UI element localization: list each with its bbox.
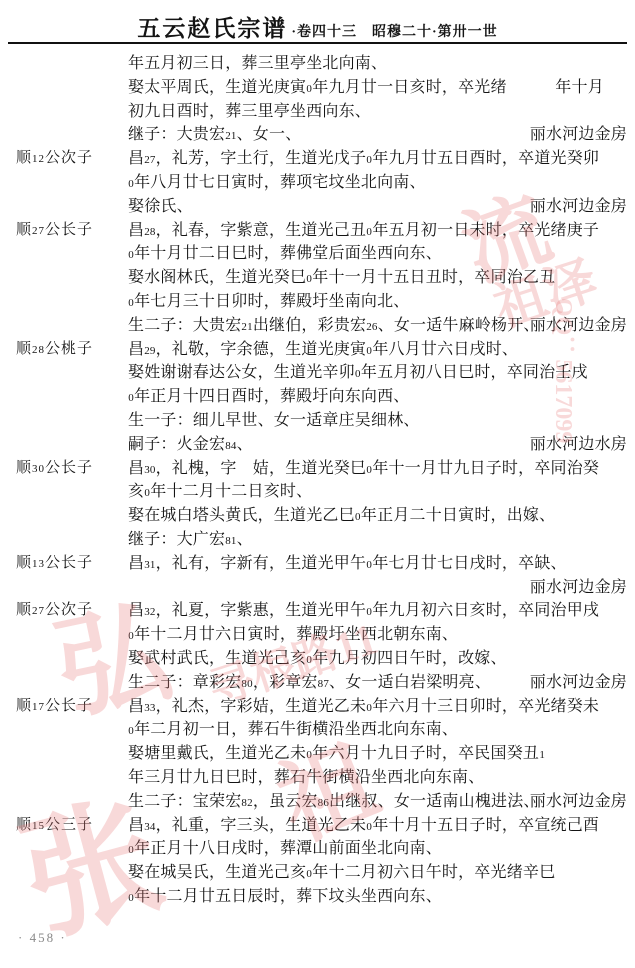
entry-label: 顺28公桃子 bbox=[16, 338, 93, 363]
entry-text: 昌33，礼杰，字彩姞，生道光乙未0年六月十三日卯时，卒光绪癸未 bbox=[128, 695, 599, 721]
genealogy-row: 0年十二月廿五日辰时，葬下坟头坐西向东、 bbox=[0, 885, 635, 909]
entry-text: 娶徐氏、 bbox=[128, 195, 193, 219]
entry-text: 昌29，礼敬，字余德，生道光庚寅0年八月廿六日戌时、 bbox=[128, 338, 518, 364]
entry-text: 娶塘里戴氏，生道光乙未0年六月十九日子时，卒民国癸丑1 bbox=[128, 742, 545, 768]
entry-label: 顺30公长子 bbox=[16, 457, 93, 482]
genealogy-row: 顺15公三子昌34，礼重，字三头，生道光乙未0年十月十五日子时，卒宣统己酉 bbox=[0, 814, 635, 838]
entry-text: 娶在城吴氏，生道光己亥0年十二月初六日午时，卒光绪辛巳 bbox=[128, 861, 555, 887]
genealogy-row: 0年二月初一日，葬石牛街横沿坐西北向东南、 bbox=[0, 718, 635, 742]
genealogy-page: { "page": { "title_main": "五云赵氏宗谱", "tit… bbox=[0, 0, 635, 968]
entry-text: 0年正月十八日戌时，葬潭山前面坐北向南、 bbox=[128, 837, 442, 863]
genealogy-row: 顺28公桃子昌29，礼敬，字余德，生道光庚寅0年八月廿六日戌时、 bbox=[0, 338, 635, 362]
hall-branch-label: 丽水河边金房 bbox=[530, 123, 627, 147]
entry-text: 昌32，礼夏，字紫惠，生道光甲午0年九月初六日亥时，卒同治甲戌 bbox=[128, 599, 599, 625]
genealogy-row: 娶太平周氏，生道光庚寅0年九月廿一日亥时，卒光绪 年十月 bbox=[0, 76, 635, 100]
genealogy-row: 0年七月三十日卯时，葬殿圩坐南向北、 bbox=[0, 290, 635, 314]
entry-text: 昌28，礼春，字紫意，生道光己丑0年五月初一日未时，卒光绪庚子 bbox=[128, 219, 599, 245]
genealogy-row: 生二子：宝荣宏82，虽云宏86出继叔、女一适南山槐进法、丽水河边金房 bbox=[0, 790, 635, 814]
genealogy-row: 0年十二月廿六日寅时，葬殿圩坐西北朝东南、 bbox=[0, 623, 635, 647]
genealogy-row: 亥0年十二月十二日亥时、 bbox=[0, 480, 635, 504]
page-number: · 458 · bbox=[18, 930, 67, 946]
genealogy-row: 生二子：大贵宏21出继伯，彩贵宏26、女一适牛麻岭杨开、丽水河边金房 bbox=[0, 314, 635, 338]
entry-label: 顺15公三子 bbox=[16, 814, 93, 839]
genealogy-row: 继子：大广宏81、 bbox=[0, 528, 635, 552]
entry-text: 娶水阁林氏，生道光癸巳0年十一月十五日丑时，卒同治乙丑 bbox=[128, 266, 555, 292]
entry-label: 顺27公长子 bbox=[16, 219, 93, 244]
hall-branch-label: 丽水河边金房 bbox=[530, 314, 627, 338]
hall-branch-label: 丽水河边金房 bbox=[530, 576, 627, 600]
entry-label: 顺17公长子 bbox=[16, 695, 93, 720]
genealogy-row: 娶武村武氏，生道光己亥0年九月初四日午时，改嫁、 bbox=[0, 647, 635, 671]
entry-text: 0年正月十四日酉时，葬殿圩向东向西、 bbox=[128, 385, 410, 411]
entry-text: 娶在城白塔头黄氏，生道光乙巳0年正月二十日寅时，出嫁、 bbox=[128, 504, 555, 530]
genealogy-row: 年五月初三日，葬三里亭坐北向南、 bbox=[0, 52, 635, 76]
genealogy-row: 顺27公长子昌28，礼春，字紫意，生道光己丑0年五月初一日未时，卒光绪庚子 bbox=[0, 219, 635, 243]
entry-text: 初九日酉时，葬三里亭坐西向东、 bbox=[128, 100, 371, 124]
genealogy-row: 继子：大贵宏21、女一、丽水河边金房 bbox=[0, 123, 635, 147]
genealogy-row: 娶在城白塔头黄氏，生道光乙巳0年正月二十日寅时，出嫁、 bbox=[0, 504, 635, 528]
entry-text: 昌27，礼芳，字土行，生道光戊子0年九月廿五日酉时，卒道光癸卯 bbox=[128, 147, 599, 173]
entry-text: 昌31，礼有，字新有，生道光甲午0年七月廿七日戌时，卒缺、 bbox=[128, 552, 567, 578]
genealogy-row: 0年十月廿二日巳时，葬佛堂后面坐西向东、 bbox=[0, 242, 635, 266]
entry-text: 娶武村武氏，生道光己亥0年九月初四日午时，改嫁、 bbox=[128, 647, 507, 673]
entry-text: 0年八月廿七日寅时，葬项宅坟坐北向南、 bbox=[128, 171, 426, 197]
book-title: 五云赵氏宗谱 bbox=[137, 16, 287, 41]
genealogy-row: 生二子：章彩宏80，彩章宏87、女一适白岩梁明亮、丽水河边金房 bbox=[0, 671, 635, 695]
genealogy-row: 顺30公长子昌30，礼槐，字 姞，生道光癸巳0年十一月廿九日子时，卒同治癸 bbox=[0, 457, 635, 481]
header-divider bbox=[8, 42, 627, 44]
genealogy-row: 顺12公次子昌27，礼芳，字土行，生道光戊子0年九月廿五日酉时，卒道光癸卯 bbox=[0, 147, 635, 171]
hall-branch-label: 丽水河边金房 bbox=[530, 195, 627, 219]
entry-text: 0年十二月廿五日辰时，葬下坟头坐西向东、 bbox=[128, 885, 442, 911]
genealogy-row: 顺27公次子昌32，礼夏，字紫惠，生道光甲午0年九月初六日亥时，卒同治甲戌 bbox=[0, 599, 635, 623]
entry-text: 继子：大广宏81、 bbox=[128, 528, 253, 554]
hall-branch-label: 丽水河边金房 bbox=[530, 671, 627, 695]
entry-text: 年三月廿九日巳时，葬石牛街横沿坐西北向东南、 bbox=[128, 766, 484, 790]
genealogy-row: 顺17公长子昌33，礼杰，字彩姞，生道光乙未0年六月十三日卯时，卒光绪癸未 bbox=[0, 695, 635, 719]
genealogy-row: 初九日酉时，葬三里亭坐西向东、 bbox=[0, 100, 635, 124]
genealogy-row: 生一子：细儿早世、女一适章庄吴细林、 bbox=[0, 409, 635, 433]
genealogy-text-block: 年五月初三日，葬三里亭坐北向南、娶太平周氏，生道光庚寅0年九月廿一日亥时，卒… bbox=[0, 52, 635, 909]
entry-text: 年五月初三日，葬三里亭坐北向南、 bbox=[128, 52, 387, 76]
entry-text: 嗣子：火金宏84、 bbox=[128, 433, 253, 459]
entry-text: 生二子：宝荣宏82，虽云宏86出继叔、女一适南山槐进法、 bbox=[128, 790, 540, 816]
page-header: 五云赵氏宗谱 ·卷四十三 昭穆二十·第卅一世 bbox=[0, 10, 635, 43]
genealogy-row: 0年正月十四日酉时，葬殿圩向东向西、 bbox=[0, 385, 635, 409]
entry-text: 0年二月初一日，葬石牛街横沿坐西北向东南、 bbox=[128, 718, 458, 744]
genealogy-row: 娶在城吴氏，生道光己亥0年十二月初六日午时，卒光绪辛巳 bbox=[0, 861, 635, 885]
genealogy-row: 娶水阁林氏，生道光癸巳0年十一月十五日丑时，卒同治乙丑 bbox=[0, 266, 635, 290]
entry-label: 顺27公次子 bbox=[16, 599, 93, 624]
entry-text: 0年七月三十日卯时，葬殿圩坐南向北、 bbox=[128, 290, 410, 316]
genealogy-row: 0年八月廿七日寅时，葬项宅坟坐北向南、 bbox=[0, 171, 635, 195]
entry-text: 生二子：章彩宏80，彩章宏87、女一适白岩梁明亮、 bbox=[128, 671, 491, 697]
entry-text: 亥0年十二月十二日亥时、 bbox=[128, 480, 312, 506]
genealogy-row: 嗣子：火金宏84、丽水河边水房 bbox=[0, 433, 635, 457]
genealogy-row: 娶姓谢谢春达公女，生道光辛卯0年五月初八日巳时，卒同治壬戌 bbox=[0, 361, 635, 385]
entry-label: 顺13公长子 bbox=[16, 552, 93, 577]
entry-text: 昌30，礼槐，字 姞，生道光癸巳0年十一月廿九日子时，卒同治癸 bbox=[128, 457, 599, 483]
genealogy-row: 娶徐氏、丽水河边金房 bbox=[0, 195, 635, 219]
entry-text: 生二子：大贵宏21出继伯，彩贵宏26、女一适牛麻岭杨开、 bbox=[128, 314, 540, 340]
entry-text: 0年十月廿二日巳时，葬佛堂后面坐西向东、 bbox=[128, 242, 442, 268]
entry-label: 顺12公次子 bbox=[16, 147, 93, 172]
entry-text: 0年十二月廿六日寅时，葬殿圩坐西北朝东南、 bbox=[128, 623, 458, 649]
volume-subtitle: ·卷四十三 昭穆二十·第卅一世 bbox=[291, 25, 497, 40]
entry-text: 娶姓谢谢春达公女，生道光辛卯0年五月初八日巳时，卒同治壬戌 bbox=[128, 361, 588, 387]
entry-text: 娶太平周氏，生道光庚寅0年九月廿一日亥时，卒光绪 年十月 bbox=[128, 76, 604, 102]
genealogy-row: 丽水河边金房 bbox=[0, 576, 635, 600]
entry-text: 继子：大贵宏21、女一、 bbox=[128, 123, 301, 149]
hall-branch-label: 丽水河边金房 bbox=[530, 790, 627, 814]
genealogy-row: 娶塘里戴氏，生道光乙未0年六月十九日子时，卒民国癸丑1 bbox=[0, 742, 635, 766]
entry-text: 生一子：细儿早世、女一适章庄吴细林、 bbox=[128, 409, 420, 433]
hall-branch-label: 丽水河边水房 bbox=[530, 433, 627, 457]
entry-text: 昌34，礼重，字三头，生道光乙未0年十月十五日子时，卒宣统己酉 bbox=[128, 814, 599, 840]
genealogy-row: 0年正月十八日戌时，葬潭山前面坐北向南、 bbox=[0, 837, 635, 861]
genealogy-row: 年三月廿九日巳时，葬石牛街横沿坐西北向东南、 bbox=[0, 766, 635, 790]
genealogy-row: 顺13公长子昌31，礼有，字新有，生道光甲午0年七月廿七日戌时，卒缺、 bbox=[0, 552, 635, 576]
